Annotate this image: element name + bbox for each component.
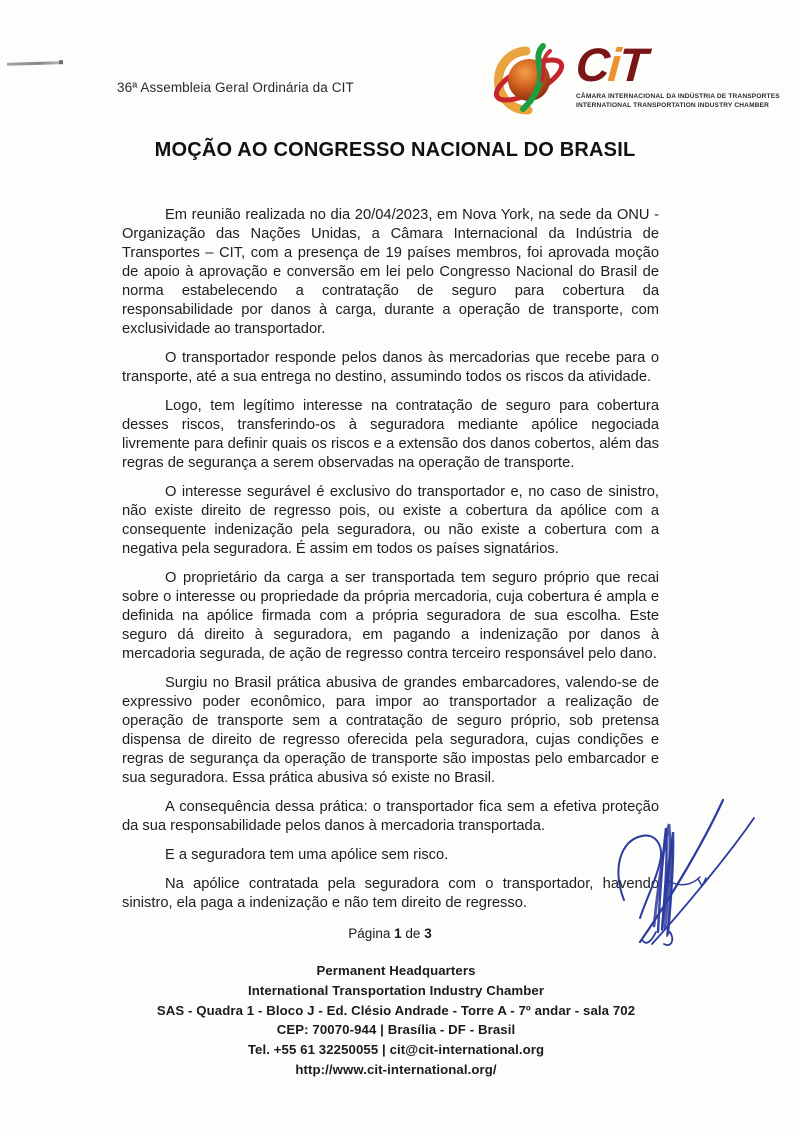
footer-line-chamber: International Transportation Industry Ch… — [0, 981, 792, 1001]
logo-letter-t: T — [617, 38, 647, 91]
pen-scan-mark — [7, 61, 59, 65]
paragraph-3: Logo, tem legítimo interesse na contrata… — [122, 397, 659, 473]
globe-swoosh-icon — [482, 42, 574, 122]
page-number-total: 3 — [424, 926, 432, 941]
footer-line-cep: CEP: 70070-944 | Brasília - DF - Brasil — [0, 1020, 792, 1040]
footer-line-address: SAS - Quadra 1 - Bloco J - Ed. Clésio An… — [0, 1001, 792, 1021]
footer-line-url: http://www.cit-international.org/ — [0, 1060, 792, 1080]
cit-wordmark: CiT — [574, 40, 781, 90]
handwritten-signature — [610, 780, 800, 955]
logo-tagline-en: INTERNATIONAL TRANSPORTATION INDUSTRY CH… — [576, 102, 780, 111]
footer-line-hq: Permanent Headquarters — [0, 961, 792, 981]
paragraph-5: O proprietário da carga a ser transporta… — [122, 569, 659, 664]
paragraph-9: Na apólice contratada pela seguradora co… — [122, 875, 659, 913]
page-title: MOÇÃO AO CONGRESSO NACIONAL DO BRASIL — [0, 139, 790, 162]
logo-tagline-pt: CÂMARA INTERNACIONAL DA INDÚSTRIA DE TRA… — [576, 93, 780, 102]
assembly-header-note: 36ª Assembleia Geral Ordinária da CIT — [117, 80, 354, 95]
paragraph-8: E a seguradora tem uma apólice sem risco… — [122, 846, 659, 865]
paragraph-7: A consequência dessa prática: o transpor… — [122, 798, 659, 836]
paragraph-6: Surgiu no Brasil prática abusiva de gran… — [122, 674, 659, 788]
footer-address-block: Permanent Headquarters International Tra… — [0, 961, 792, 1080]
scanned-document-page: 36ª Assembleia Geral Ordinária da CIT Ci — [0, 0, 800, 1132]
paragraph-4: O interesse segurável é exclusivo do tra… — [122, 483, 659, 559]
page-number-separator: de — [405, 926, 420, 941]
paragraph-1: Em reunião realizada no dia 20/04/2023, … — [122, 206, 659, 339]
paragraph-2: O transportador responde pelos danos às … — [122, 349, 659, 387]
logo-letter-c: C — [574, 38, 610, 91]
cit-logo: CiT CÂMARA INTERNACIONAL DA INDÚSTRIA DE… — [482, 40, 732, 122]
document-body: Em reunião realizada no dia 20/04/2023, … — [122, 206, 659, 923]
footer-line-contact: Tel. +55 61 32250055 | cit@cit-internati… — [0, 1040, 792, 1060]
page-number-label: Página — [348, 926, 390, 941]
page-number-current: 1 — [394, 926, 402, 941]
